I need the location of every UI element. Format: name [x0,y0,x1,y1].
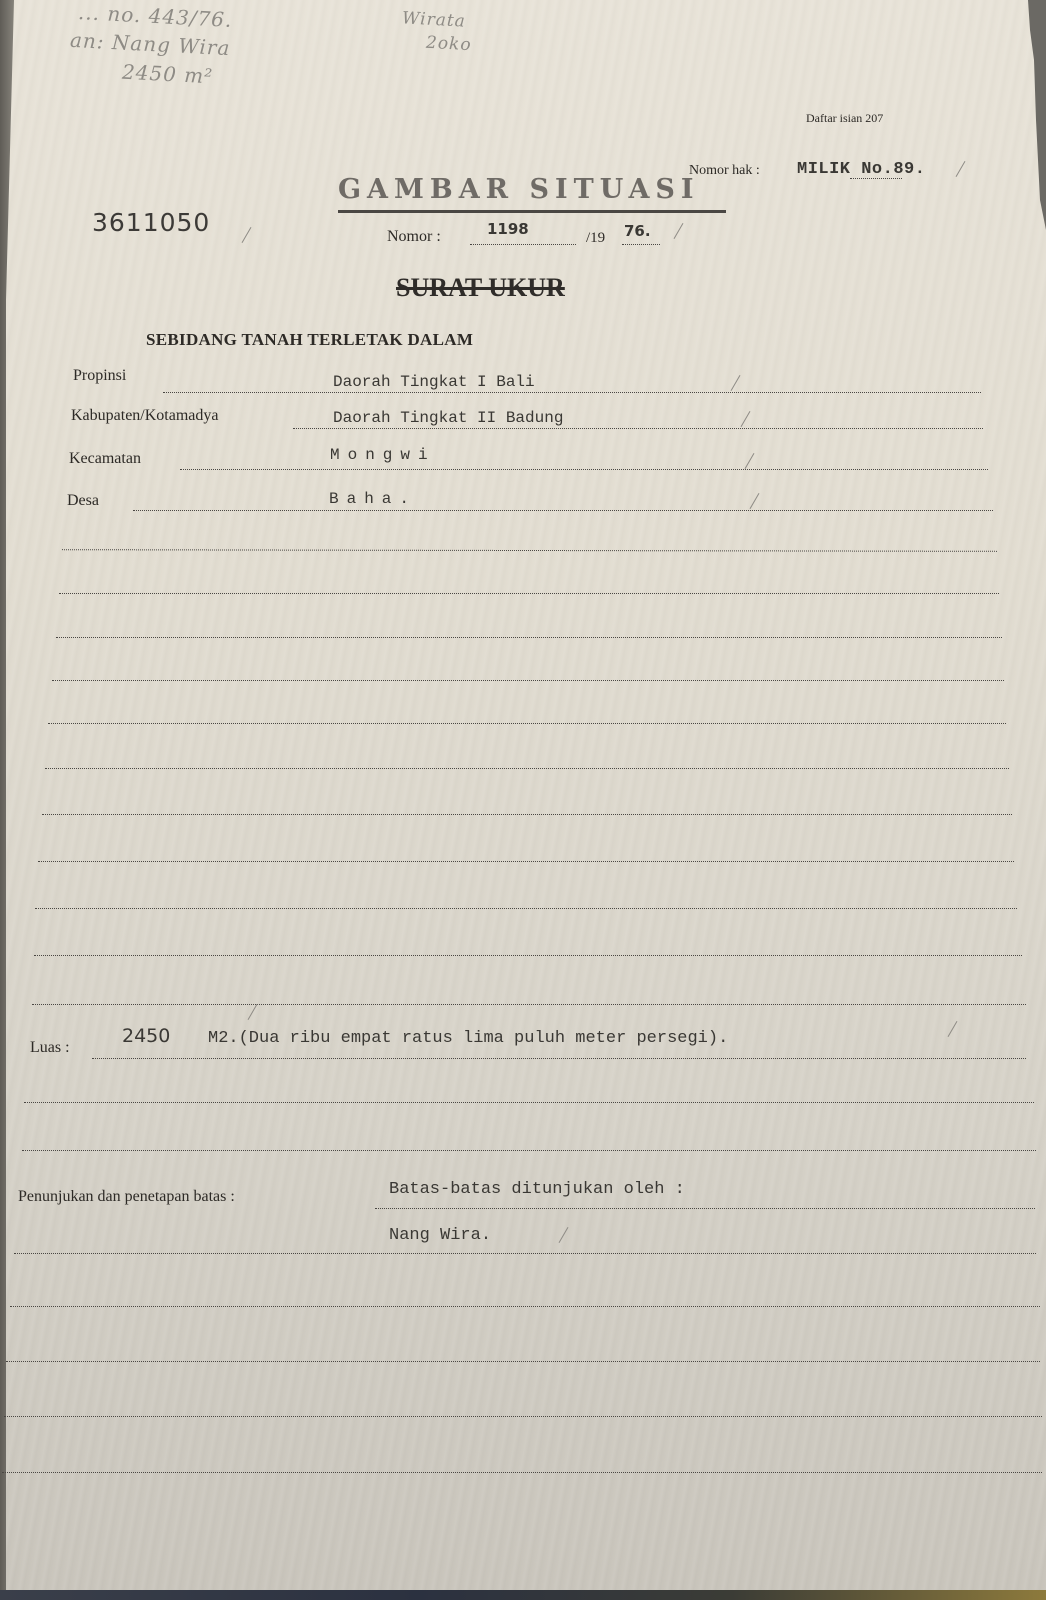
propinsi-dotted-line [163,392,981,393]
field-value-kecamatan: Mongwi [330,446,436,464]
nomor-hak-label: Nomor hak : [689,163,760,179]
field-value-kabupaten: Daorah Tingkat II Badung [333,409,563,427]
location-heading: SEBIDANG TANAH TERLETAK DALAM [146,330,473,350]
blank-line [2,1472,1042,1473]
year-dotted-line [622,244,660,245]
year-prefix: /19 [586,230,605,247]
blank-line [42,814,1012,815]
area-label: Luas : [30,1039,70,1057]
document-title: GAMBAR SITUASI [338,174,700,205]
year-value: 76. [624,222,651,240]
struck-title-surat-ukur: SURAT UKUR [396,273,565,303]
handwritten-note-right-2: 2oko [426,33,473,55]
blank-line [56,637,1002,638]
field-value-desa: Baha. [329,490,417,508]
nomor-hak-dotted-line [850,178,902,179]
blank-line [6,1361,1040,1362]
boundary-line-2: Nang Wira. [389,1226,491,1245]
area-dotted-line [92,1058,1026,1059]
blank-line [48,723,1006,724]
desk-background-bottom [0,1590,1046,1600]
boundary-dotted-line-2 [14,1253,1036,1254]
blank-line [4,1416,1042,1417]
blank-line [45,768,1009,769]
field-label-kabupaten: Kabupaten/Kotamadya [71,407,219,425]
blank-line [32,1004,1026,1005]
nomor-label: Nomor : [387,228,441,246]
area-number: 2450 [122,1025,170,1047]
nomor-value: 1198 [487,220,529,238]
blank-line [38,861,1014,862]
title-underline [338,210,726,213]
boundary-label: Penunjukan dan penetapan batas : [18,1188,235,1206]
desa-dotted-line [133,510,993,511]
field-label-kecamatan: Kecamatan [69,450,141,468]
field-value-propinsi: Daorah Tingkat I Bali [333,373,535,391]
boundary-line-1: Batas-batas ditunjukan oleh : [389,1180,685,1199]
blank-line [34,955,1022,956]
form-code: Daftar isian 207 [806,111,883,126]
boundary-dotted-line-1 [375,1208,1035,1209]
document-page [6,0,1046,1592]
field-label-propinsi: Propinsi [73,367,126,385]
blank-line [35,908,1017,909]
nomor-dotted-line [470,244,576,245]
handwritten-note-right-1: Wirata [402,8,467,31]
field-label-desa: Desa [67,492,99,510]
handwritten-note-area: 2450 m² [121,60,213,89]
kecamatan-dotted-line [180,469,988,470]
blank-line [59,593,999,594]
nomor-hak-value: MILIK No.89. [797,160,925,179]
area-text: M2.(Dua ribu empat ratus lima puluh mete… [208,1029,728,1048]
blank-line [52,680,1004,681]
blank-line [22,1150,1036,1151]
kabupaten-dotted-line [293,428,983,429]
blank-line [24,1102,1034,1103]
document-id: 3611050 [92,208,210,237]
blank-line [10,1306,1040,1307]
